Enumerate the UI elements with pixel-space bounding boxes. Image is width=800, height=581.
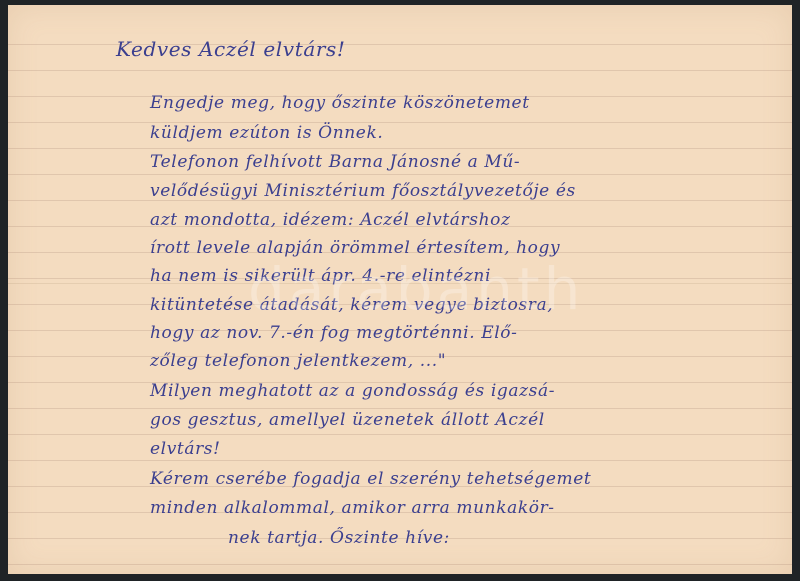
letter-line: elvtárs! xyxy=(150,439,221,459)
letter-line: zőleg telefonon jelentkezem, ..." xyxy=(150,351,446,371)
letter-line: ha nem is sikerült ápr. 4.-re elintézni xyxy=(150,266,491,286)
letter-line: Kérem cserébe fogadja el szerény tehetsé… xyxy=(150,469,591,489)
letter-line: hogy az nov. 7.-én fog megtörténni. Elő- xyxy=(150,323,517,343)
letter-line: velődésügyi Minisztérium főosztályvezető… xyxy=(150,181,576,201)
letter-line: kitüntetése átadását, kérem vegye biztos… xyxy=(150,295,553,315)
letter-line: gos gesztus, amellyel üzenetek állott Ac… xyxy=(150,410,545,430)
letter-line: írott levele alapján örömmel értesítem, … xyxy=(150,238,560,258)
letter-line: Milyen meghatott az a gondosság és igazs… xyxy=(150,381,555,401)
salutation: Kedves Aczél elvtárs! xyxy=(116,37,346,61)
letter-line: minden alkalommal, amikor arra munkakör- xyxy=(150,498,555,518)
letter-line: nek tartja. Őszinte híve: xyxy=(228,528,450,548)
letter-line: Engedje meg, hogy őszinte köszönetemet xyxy=(150,93,530,113)
letter-line: Telefonon felhívott Barna Jánosné a Mű- xyxy=(150,152,520,172)
letter-line: küldjem ezúton is Önnek. xyxy=(150,123,383,143)
letter-paper: Kedves Aczél elvtárs! Engedje meg, hogy … xyxy=(8,5,792,574)
letter-line: azt mondotta, idézem: Aczél elvtárshoz xyxy=(150,210,511,230)
